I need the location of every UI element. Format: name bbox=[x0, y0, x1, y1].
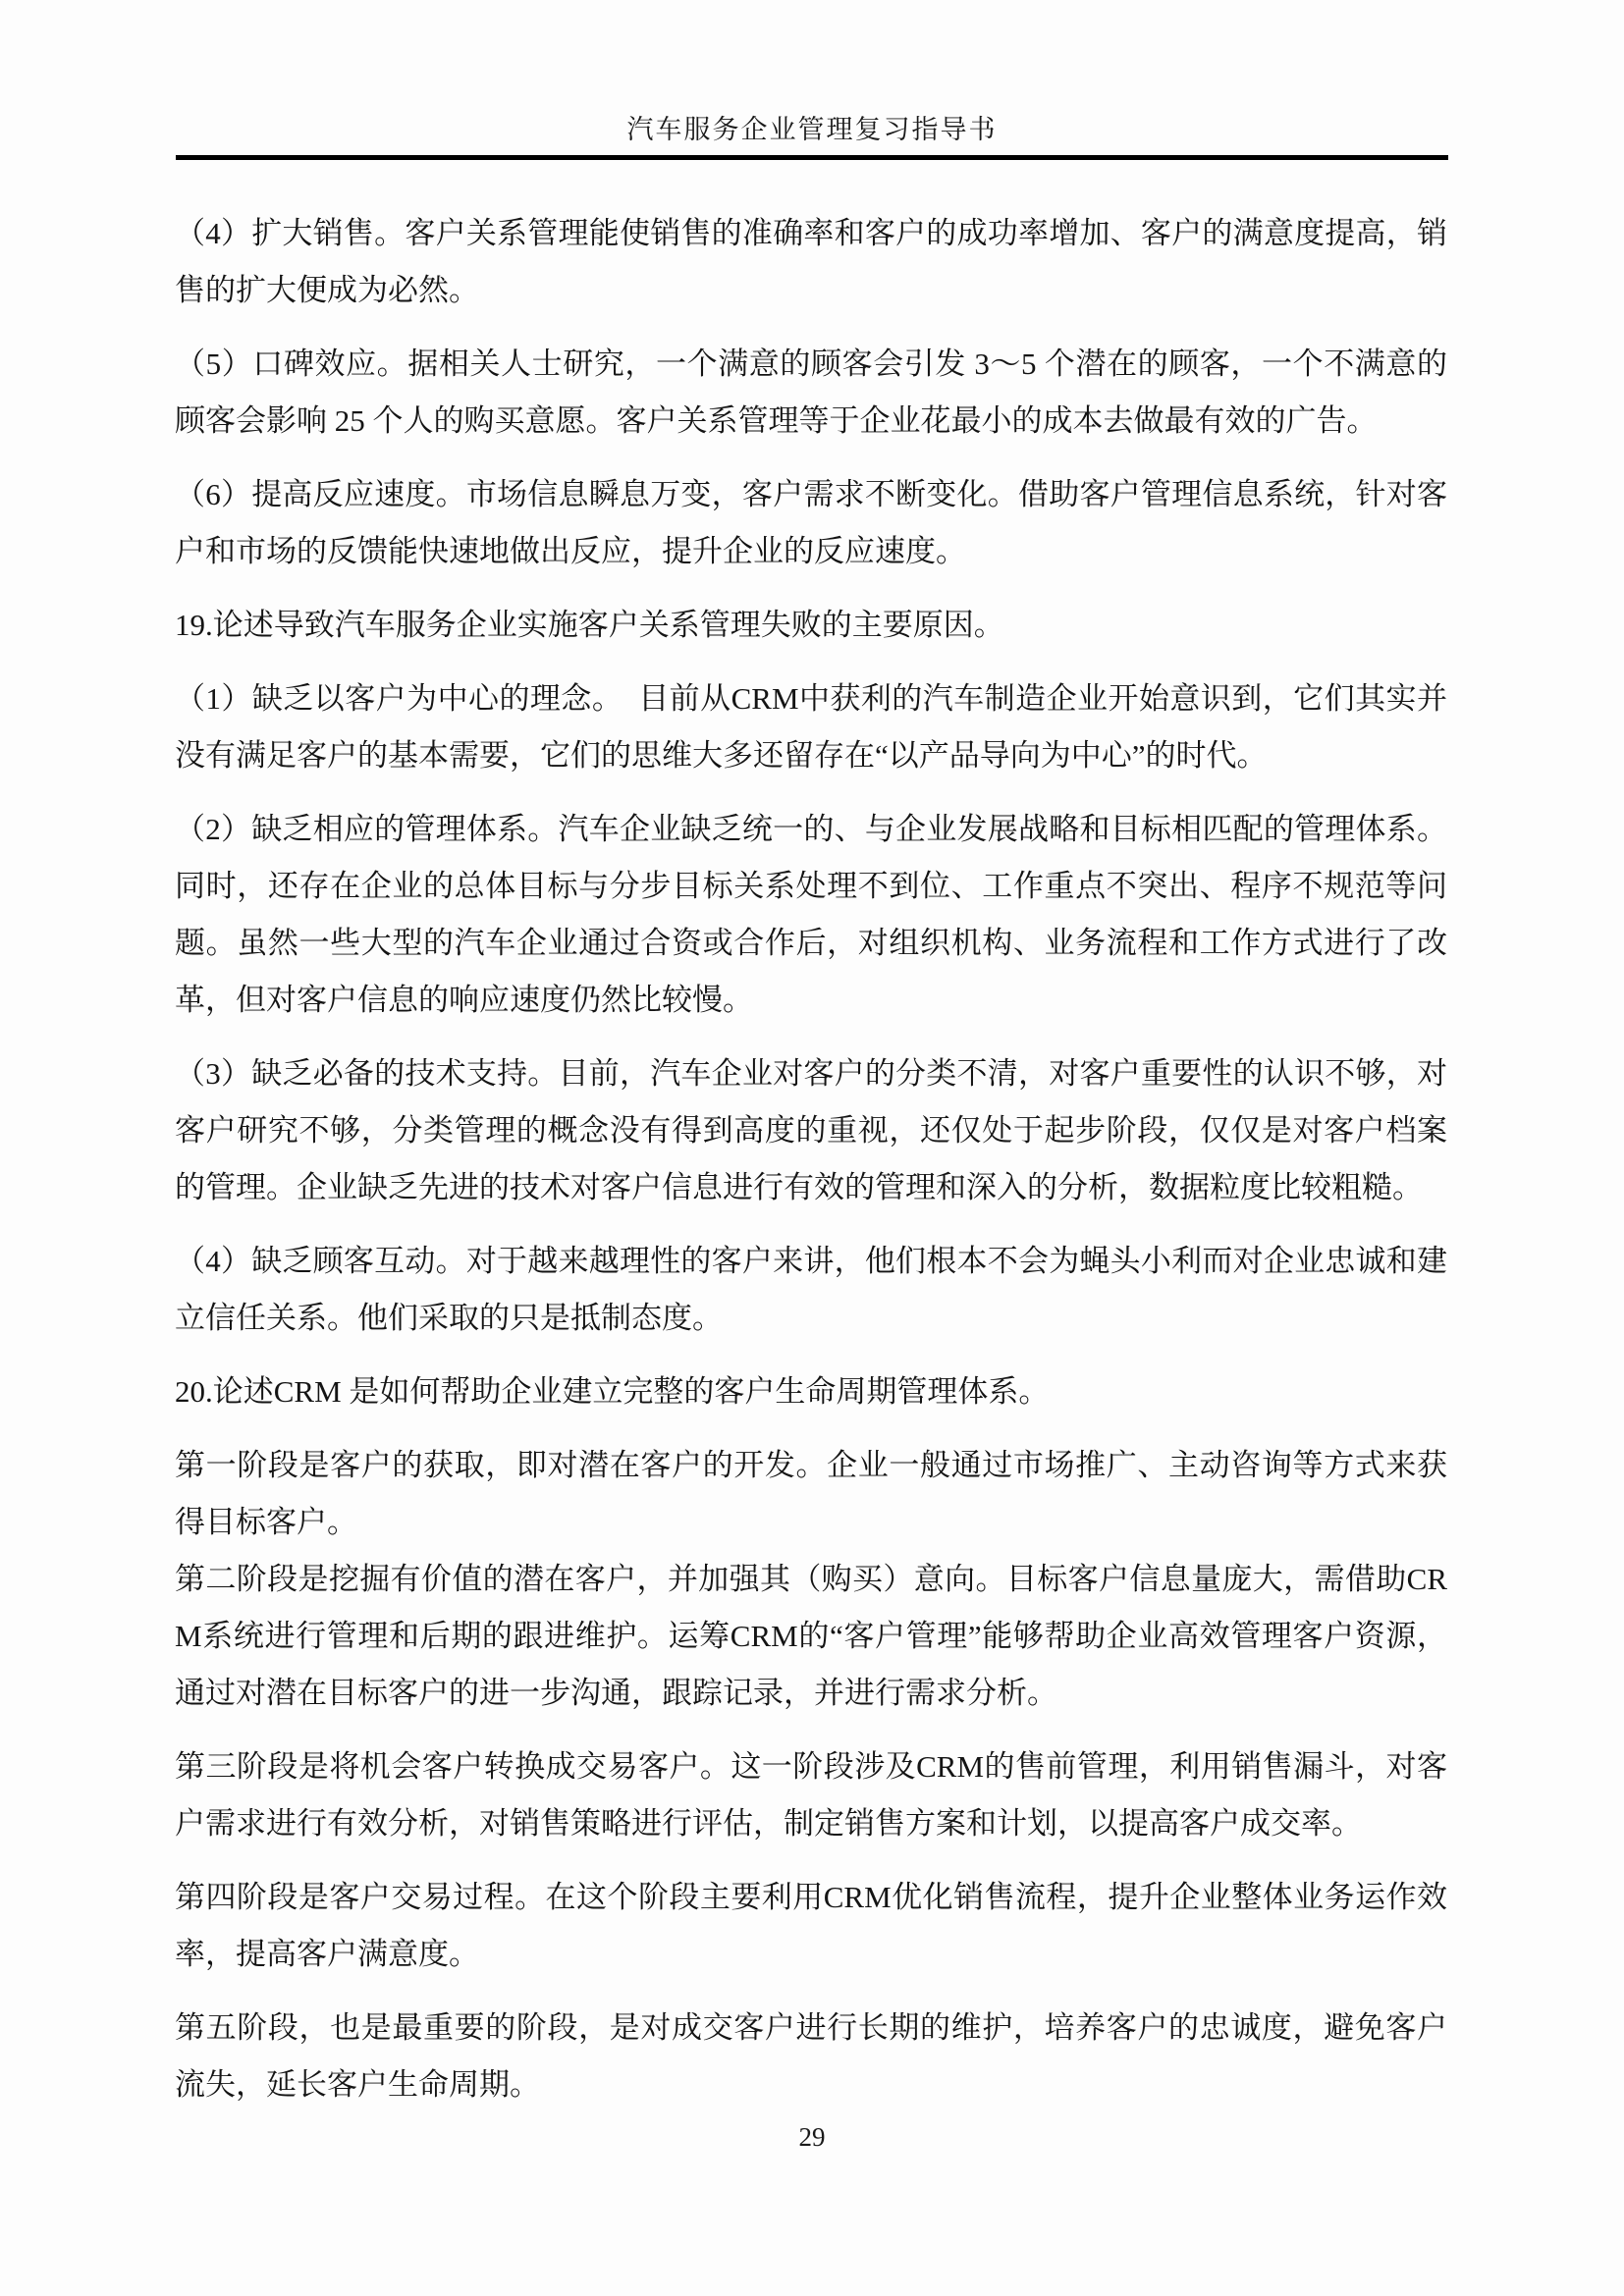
body-paragraph: 第二阶段是挖掘有价值的潜在客户，并加强其（购买）意向。目标客户信息量庞大，需借助… bbox=[175, 1551, 1447, 1722]
document-page: 汽车服务企业管理复习指导书 （4）扩大销售。客户关系管理能使销售的准确率和客户的… bbox=[0, 0, 1624, 2296]
page-footer: 29 bbox=[0, 2122, 1624, 2153]
body-paragraph: （6）提高反应速度。市场信息瞬息万变，客户需求不断变化。借助客户管理信息系统，针… bbox=[175, 466, 1447, 580]
body-paragraph: （5）口碑效应。据相关人士研究，一个满意的顾客会引发 3～5 个潜在的顾客，一个… bbox=[175, 336, 1447, 450]
body-paragraph: 第五阶段，也是最重要的阶段，是对成交客户进行长期的维护，培养客户的忠诚度，避免客… bbox=[175, 2000, 1447, 2113]
body-paragraph-question-20: 20.论述CRM 是如何帮助企业建立完整的客户生命周期管理体系。 bbox=[175, 1363, 1447, 1420]
document-body: （4）扩大销售。客户关系管理能使销售的准确率和客户的成功率增加、客户的满意度提高… bbox=[0, 160, 1624, 2113]
body-paragraph: （2）缺乏相应的管理体系。汽车企业缺乏统一的、与企业发展战略和目标相匹配的管理体… bbox=[175, 801, 1447, 1029]
body-paragraph: （3）缺乏必备的技术支持。目前，汽车企业对客户的分类不清，对客户重要性的认识不够… bbox=[175, 1045, 1447, 1216]
body-paragraph: （4）扩大销售。客户关系管理能使销售的准确率和客户的成功率增加、客户的满意度提高… bbox=[175, 205, 1447, 319]
body-paragraph-question-19: 19.论述导致汽车服务企业实施客户关系管理失败的主要原因。 bbox=[175, 597, 1447, 654]
body-paragraph: 第四阶段是客户交易过程。在这个阶段主要利用CRM优化销售流程，提升企业整体业务运… bbox=[175, 1869, 1447, 1983]
body-paragraph: 第一阶段是客户的获取，即对潜在客户的开发。企业一般通过市场推广、主动咨询等方式来… bbox=[175, 1437, 1447, 1551]
body-paragraph: 第三阶段是将机会客户转换成交易客户。这一阶段涉及CRM的售前管理，利用销售漏斗，… bbox=[175, 1738, 1447, 1852]
body-paragraph: （4）缺乏顾客互动。对于越来越理性的客户来讲，他们根本不会为蝇头小利而对企业忠诚… bbox=[175, 1233, 1447, 1347]
page-number: 29 bbox=[799, 2122, 826, 2152]
page-header: 汽车服务企业管理复习指导书 bbox=[0, 0, 1624, 160]
body-paragraph: （1）缺乏以客户为中心的理念。 目前从CRM中获利的汽车制造企业开始意识到，它们… bbox=[175, 670, 1447, 784]
page-header-title: 汽车服务企业管理复习指导书 bbox=[0, 108, 1624, 146]
